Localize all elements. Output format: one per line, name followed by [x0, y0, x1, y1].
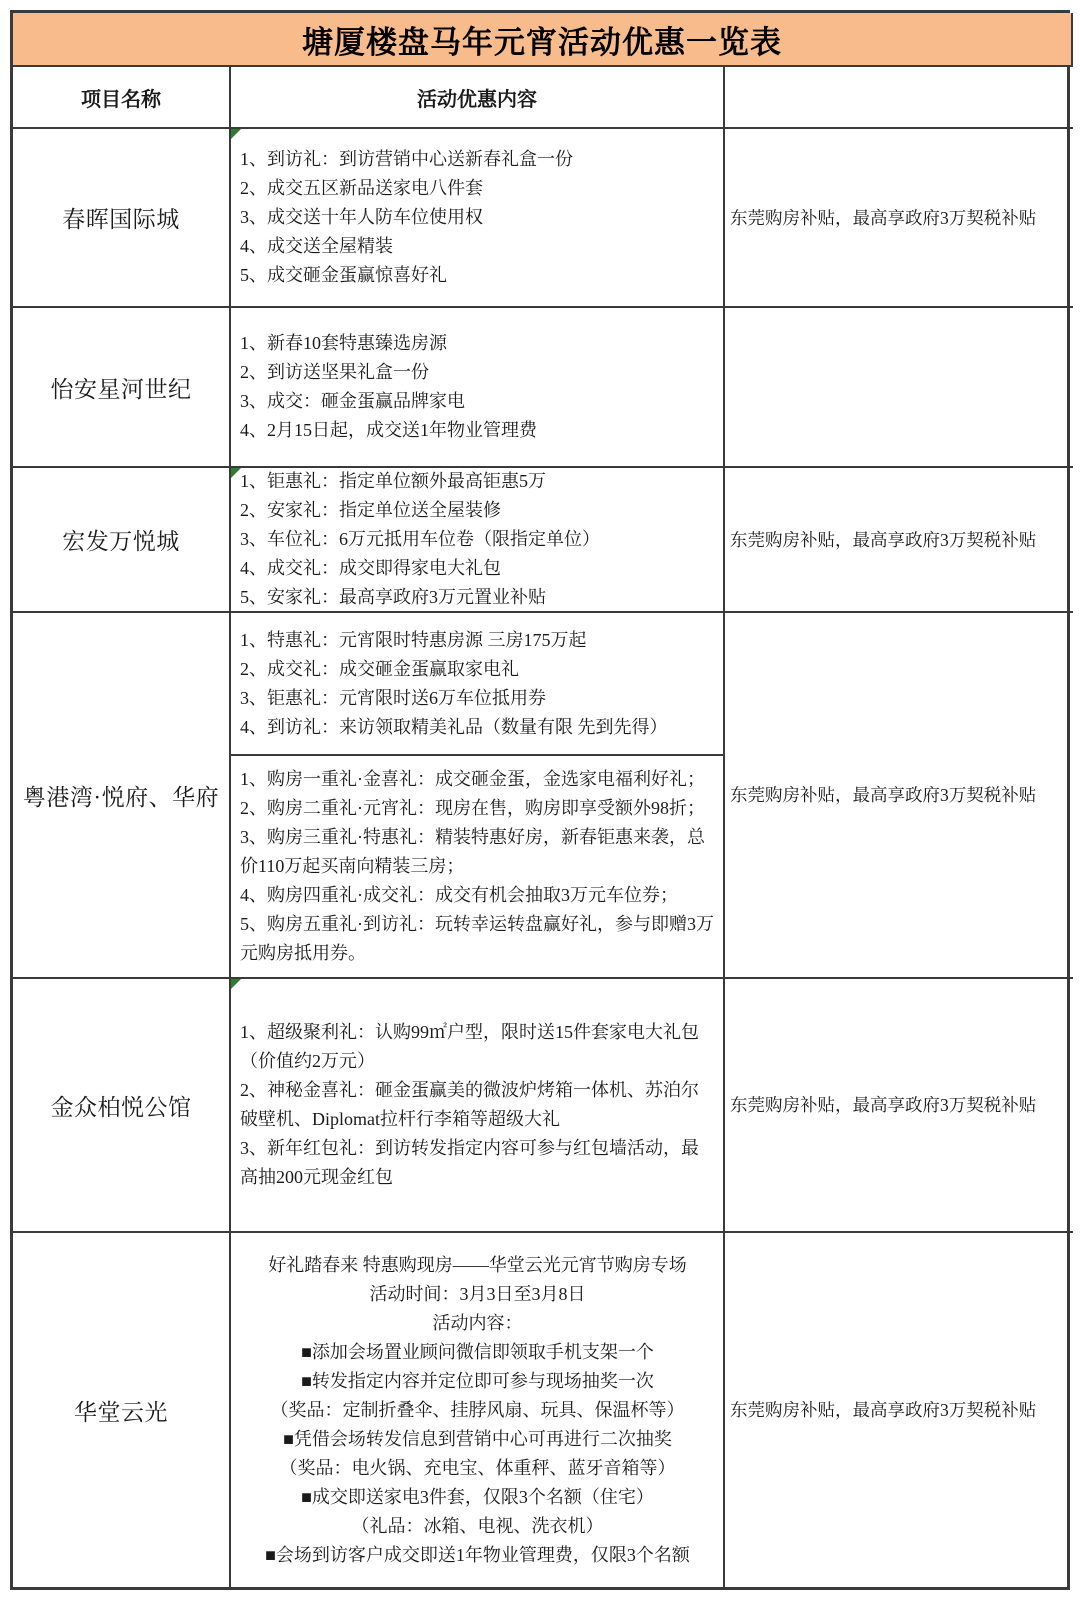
- subsidy-text: 东莞购房补贴，最高享政府3万契税补贴: [730, 1397, 1036, 1423]
- promo-line: 4、2月15日起，成交送1年物业管理费: [240, 416, 715, 445]
- subsidy-text: 东莞购房补贴，最高享政府3万契税补贴: [730, 1092, 1036, 1118]
- promo-line: 5、购房五重礼·到访礼：玩转幸运转盘赢好礼，参与即赠3万元购房抵用券。: [240, 910, 715, 968]
- promo-line: 1、新春10套特惠臻选房源: [240, 329, 715, 358]
- project-name-cell: 怡安星河世纪: [13, 308, 231, 468]
- promo-line: 5、成交砸金蛋赢惊喜好礼: [240, 261, 715, 290]
- promo-line: 2、到访送坚果礼盒一份: [240, 358, 715, 387]
- promo-line: ■转发指定内容并定位即可参与现场抽奖一次: [240, 1367, 715, 1396]
- page: 塘厦楼盘马年元宵活动优惠一览表 项目名称 活动优惠内容 春晖国际城 1、到访礼：…: [0, 0, 1080, 1601]
- project-name-cell: 粤港湾·悦府、华府: [13, 613, 231, 979]
- header-note: [725, 67, 1073, 129]
- promo-table: 塘厦楼盘马年元宵活动优惠一览表 项目名称 活动优惠内容 春晖国际城 1、到访礼：…: [10, 10, 1070, 1590]
- promo-line: 1、特惠礼：元宵限时特惠房源 三房175万起: [240, 626, 715, 655]
- promo-line: 3、钜惠礼：元宵限时送6万车位抵用券: [240, 684, 715, 713]
- promo-line: 活动时间：3月3日至3月8日: [240, 1280, 715, 1309]
- promo-line: 5、安家礼：最高享政府3万元置业补贴: [240, 583, 715, 612]
- promo-line: 活动内容：: [240, 1309, 715, 1338]
- excel-error-marker-icon: [231, 979, 241, 989]
- excel-error-marker-icon: [231, 129, 241, 139]
- promo-lines: 1、新春10套特惠臻选房源 2、到访送坚果礼盒一份 3、成交：砸金蛋赢品牌家电 …: [240, 329, 715, 445]
- subsidy-text: 东莞购房补贴，最高享政府3万契税补贴: [730, 782, 1036, 808]
- promo-line: ■凭借会场转发信息到营销中心可再进行二次抽奖: [240, 1425, 715, 1454]
- promo-line: ■成交即送家电3件套，仅限3个名额（住宅）: [240, 1483, 715, 1512]
- project-name-cell: 华堂云光: [13, 1233, 231, 1587]
- promo-line: 1、钜惠礼：指定单位额外最高钜惠5万: [240, 468, 715, 496]
- promo-line: 4、成交礼：成交即得家电大礼包: [240, 554, 715, 583]
- table-title: 塘厦楼盘马年元宵活动优惠一览表: [13, 13, 1073, 67]
- promo-content-cell-top: 1、特惠礼：元宵限时特惠房源 三房175万起 2、成交礼：成交砸金蛋赢取家电礼 …: [231, 613, 725, 756]
- promo-line: 4、到访礼：来访领取精美礼品（数量有限 先到先得）: [240, 713, 715, 742]
- promo-content-cell: 好礼踏春来 特惠购现房——华堂云光元宵节购房专场 活动时间：3月3日至3月8日 …: [231, 1233, 725, 1587]
- project-name-cell: 宏发万悦城: [13, 468, 231, 613]
- promo-lines: 1、特惠礼：元宵限时特惠房源 三房175万起 2、成交礼：成交砸金蛋赢取家电礼 …: [240, 626, 715, 742]
- promo-line: 2、购房二重礼·元宵礼：现房在售，购房即享受额外98折；: [240, 794, 715, 823]
- promo-line: 3、成交送十年人防车位使用权: [240, 203, 715, 232]
- promo-content-cell: 1、超级聚利礼：认购99㎡户型，限时送15件套家电大礼包（价值约2万元） 2、神…: [231, 979, 725, 1233]
- promo-content-cell: 1、钜惠礼：指定单位额外最高钜惠5万 2、安家礼：指定单位送全屋装修 3、车位礼…: [231, 468, 725, 613]
- header-project-name: 项目名称: [13, 67, 231, 129]
- promo-line: 1、到访礼：到访营销中心送新春礼盒一份: [240, 145, 715, 174]
- promo-line: （礼品：冰箱、电视、洗衣机）: [240, 1512, 715, 1541]
- promo-line: 2、神秘金喜礼：砸金蛋赢美的微波炉烤箱一体机、苏泊尔破壁机、Diplomat拉杆…: [240, 1076, 715, 1134]
- excel-error-marker-icon: [231, 468, 241, 478]
- promo-line: （奖品：定制折叠伞、挂脖风扇、玩具、保温杯等）: [240, 1396, 715, 1425]
- promo-lines: 1、超级聚利礼：认购99㎡户型，限时送15件套家电大礼包（价值约2万元） 2、神…: [240, 1018, 715, 1192]
- promo-line: 3、新年红包礼：到访转发指定内容可参与红包墙活动，最高抽200元现金红包: [240, 1134, 715, 1192]
- header-promo-content: 活动优惠内容: [231, 67, 725, 129]
- promo-line: 1、超级聚利礼：认购99㎡户型，限时送15件套家电大礼包（价值约2万元）: [240, 1018, 715, 1076]
- promo-content-cell: 1、到访礼：到访营销中心送新春礼盒一份 2、成交五区新品送家电八件套 3、成交送…: [231, 129, 725, 308]
- promo-content-cell-bottom: 1、购房一重礼·金喜礼：成交砸金蛋，金选家电福利好礼； 2、购房二重礼·元宵礼：…: [231, 756, 725, 979]
- promo-line: 4、成交送全屋精装: [240, 232, 715, 261]
- subsidy-cell: 东莞购房补贴，最高享政府3万契税补贴: [725, 1233, 1073, 1587]
- project-name-cell: 春晖国际城: [13, 129, 231, 308]
- promo-line: 3、成交：砸金蛋赢品牌家电: [240, 387, 715, 416]
- subsidy-text: 东莞购房补贴，最高享政府3万契税补贴: [730, 205, 1036, 231]
- subsidy-cell: 东莞购房补贴，最高享政府3万契税补贴: [725, 129, 1073, 308]
- promo-lines: 好礼踏春来 特惠购现房——华堂云光元宵节购房专场 活动时间：3月3日至3月8日 …: [240, 1251, 715, 1570]
- promo-line: 2、安家礼：指定单位送全屋装修: [240, 496, 715, 525]
- promo-lines: 1、到访礼：到访营销中心送新春礼盒一份 2、成交五区新品送家电八件套 3、成交送…: [240, 145, 715, 290]
- promo-content-cell: 1、新春10套特惠臻选房源 2、到访送坚果礼盒一份 3、成交：砸金蛋赢品牌家电 …: [231, 308, 725, 468]
- promo-line: 1、购房一重礼·金喜礼：成交砸金蛋，金选家电福利好礼；: [240, 765, 715, 794]
- promo-line: ■添加会场置业顾问微信即领取手机支架一个: [240, 1338, 715, 1367]
- promo-lines: 1、购房一重礼·金喜礼：成交砸金蛋，金选家电福利好礼； 2、购房二重礼·元宵礼：…: [240, 765, 715, 968]
- subsidy-cell: [725, 308, 1073, 468]
- promo-line: 3、购房三重礼·特惠礼：精装特惠好房，新春钜惠来袭，总价110万起买南向精装三房…: [240, 823, 715, 881]
- subsidy-cell: 东莞购房补贴，最高享政府3万契税补贴: [725, 468, 1073, 613]
- promo-line: 2、成交五区新品送家电八件套: [240, 174, 715, 203]
- promo-line: 好礼踏春来 特惠购现房——华堂云光元宵节购房专场: [240, 1251, 715, 1280]
- promo-line: （奖品：电火锅、充电宝、体重秤、蓝牙音箱等）: [240, 1454, 715, 1483]
- promo-lines: 1、钜惠礼：指定单位额外最高钜惠5万 2、安家礼：指定单位送全屋装修 3、车位礼…: [240, 468, 715, 612]
- project-name-cell: 金众柏悦公馆: [13, 979, 231, 1233]
- promo-line: 3、车位礼：6万元抵用车位卷（限指定单位）: [240, 525, 715, 554]
- subsidy-text: 东莞购房补贴，最高享政府3万契税补贴: [730, 527, 1036, 553]
- promo-line: ■会场到访客户成交即送1年物业管理费，仅限3个名额: [240, 1541, 715, 1570]
- promo-line: 2、成交礼：成交砸金蛋赢取家电礼: [240, 655, 715, 684]
- subsidy-cell: 东莞购房补贴，最高享政府3万契税补贴: [725, 979, 1073, 1233]
- promo-line: 4、购房四重礼·成交礼：成交有机会抽取3万元车位券；: [240, 881, 715, 910]
- subsidy-cell: 东莞购房补贴，最高享政府3万契税补贴: [725, 613, 1073, 979]
